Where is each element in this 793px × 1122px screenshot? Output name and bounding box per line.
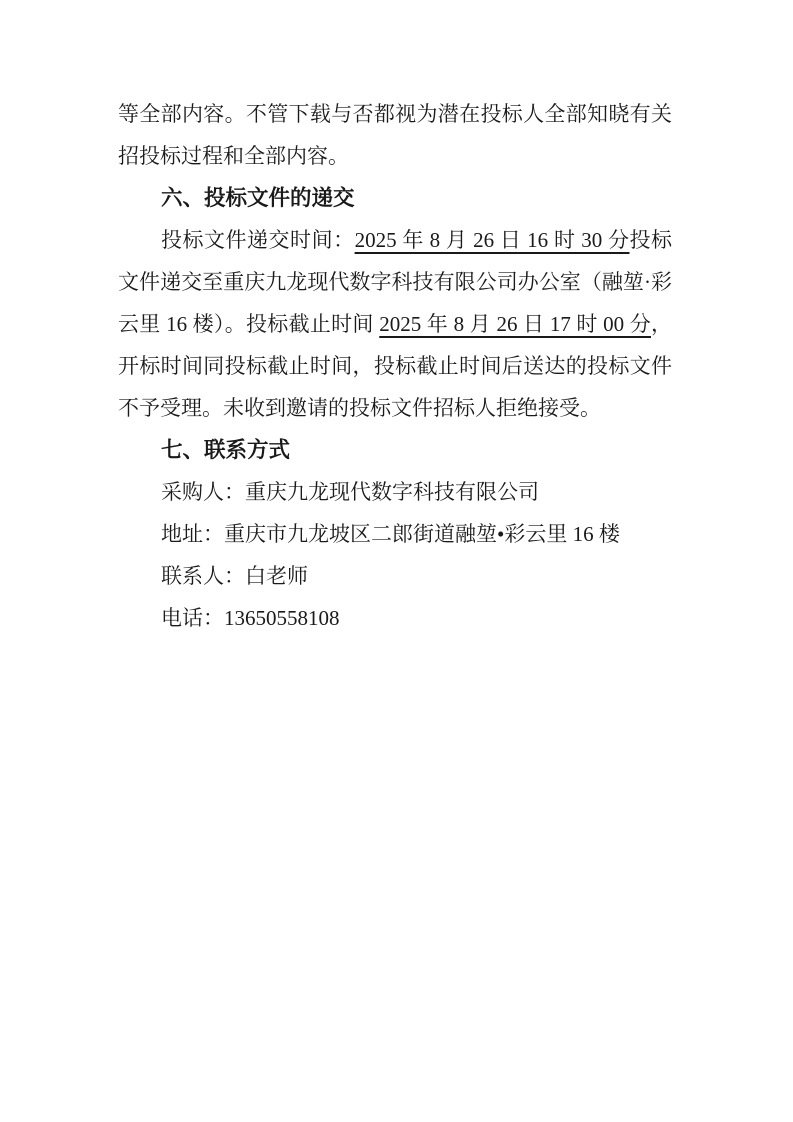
paragraph-intro-continuation: 等全部内容。不管下载与否都视为潜在投标人全部知晓有关招投标过程和全部内容。 [118,93,672,177]
contact-line-person: 联系人：白老师 [118,555,672,597]
contact-line-phone: 电话：13650558108 [118,597,672,639]
document-page: 等全部内容。不管下载与否都视为潜在投标人全部知晓有关招投标过程和全部内容。 六、… [0,0,793,1122]
paragraph-bid-submission: 投标文件递交时间：2025 年 8 月 26 日 16 时 30 分投标文件递交… [118,219,672,429]
document-content: 等全部内容。不管下载与否都视为潜在投标人全部知晓有关招投标过程和全部内容。 六、… [118,93,672,639]
contact-line-purchaser: 采购人：重庆九龙现代数字科技有限公司 [118,471,672,513]
submission-deadline-underlined: 2025 年 8 月 26 日 16 时 30 分 [355,228,630,252]
bid-cutoff-underlined: 2025 年 8 月 26 日 17 时 00 分 [379,312,651,336]
section-6-heading: 六、投标文件的递交 [118,177,672,219]
contact-line-address: 地址：重庆市九龙坡区二郎街道融堃•彩云里 16 楼 [118,513,672,555]
section-7-heading: 七、联系方式 [118,429,672,471]
text-segment: 投标文件递交时间： [161,228,355,252]
